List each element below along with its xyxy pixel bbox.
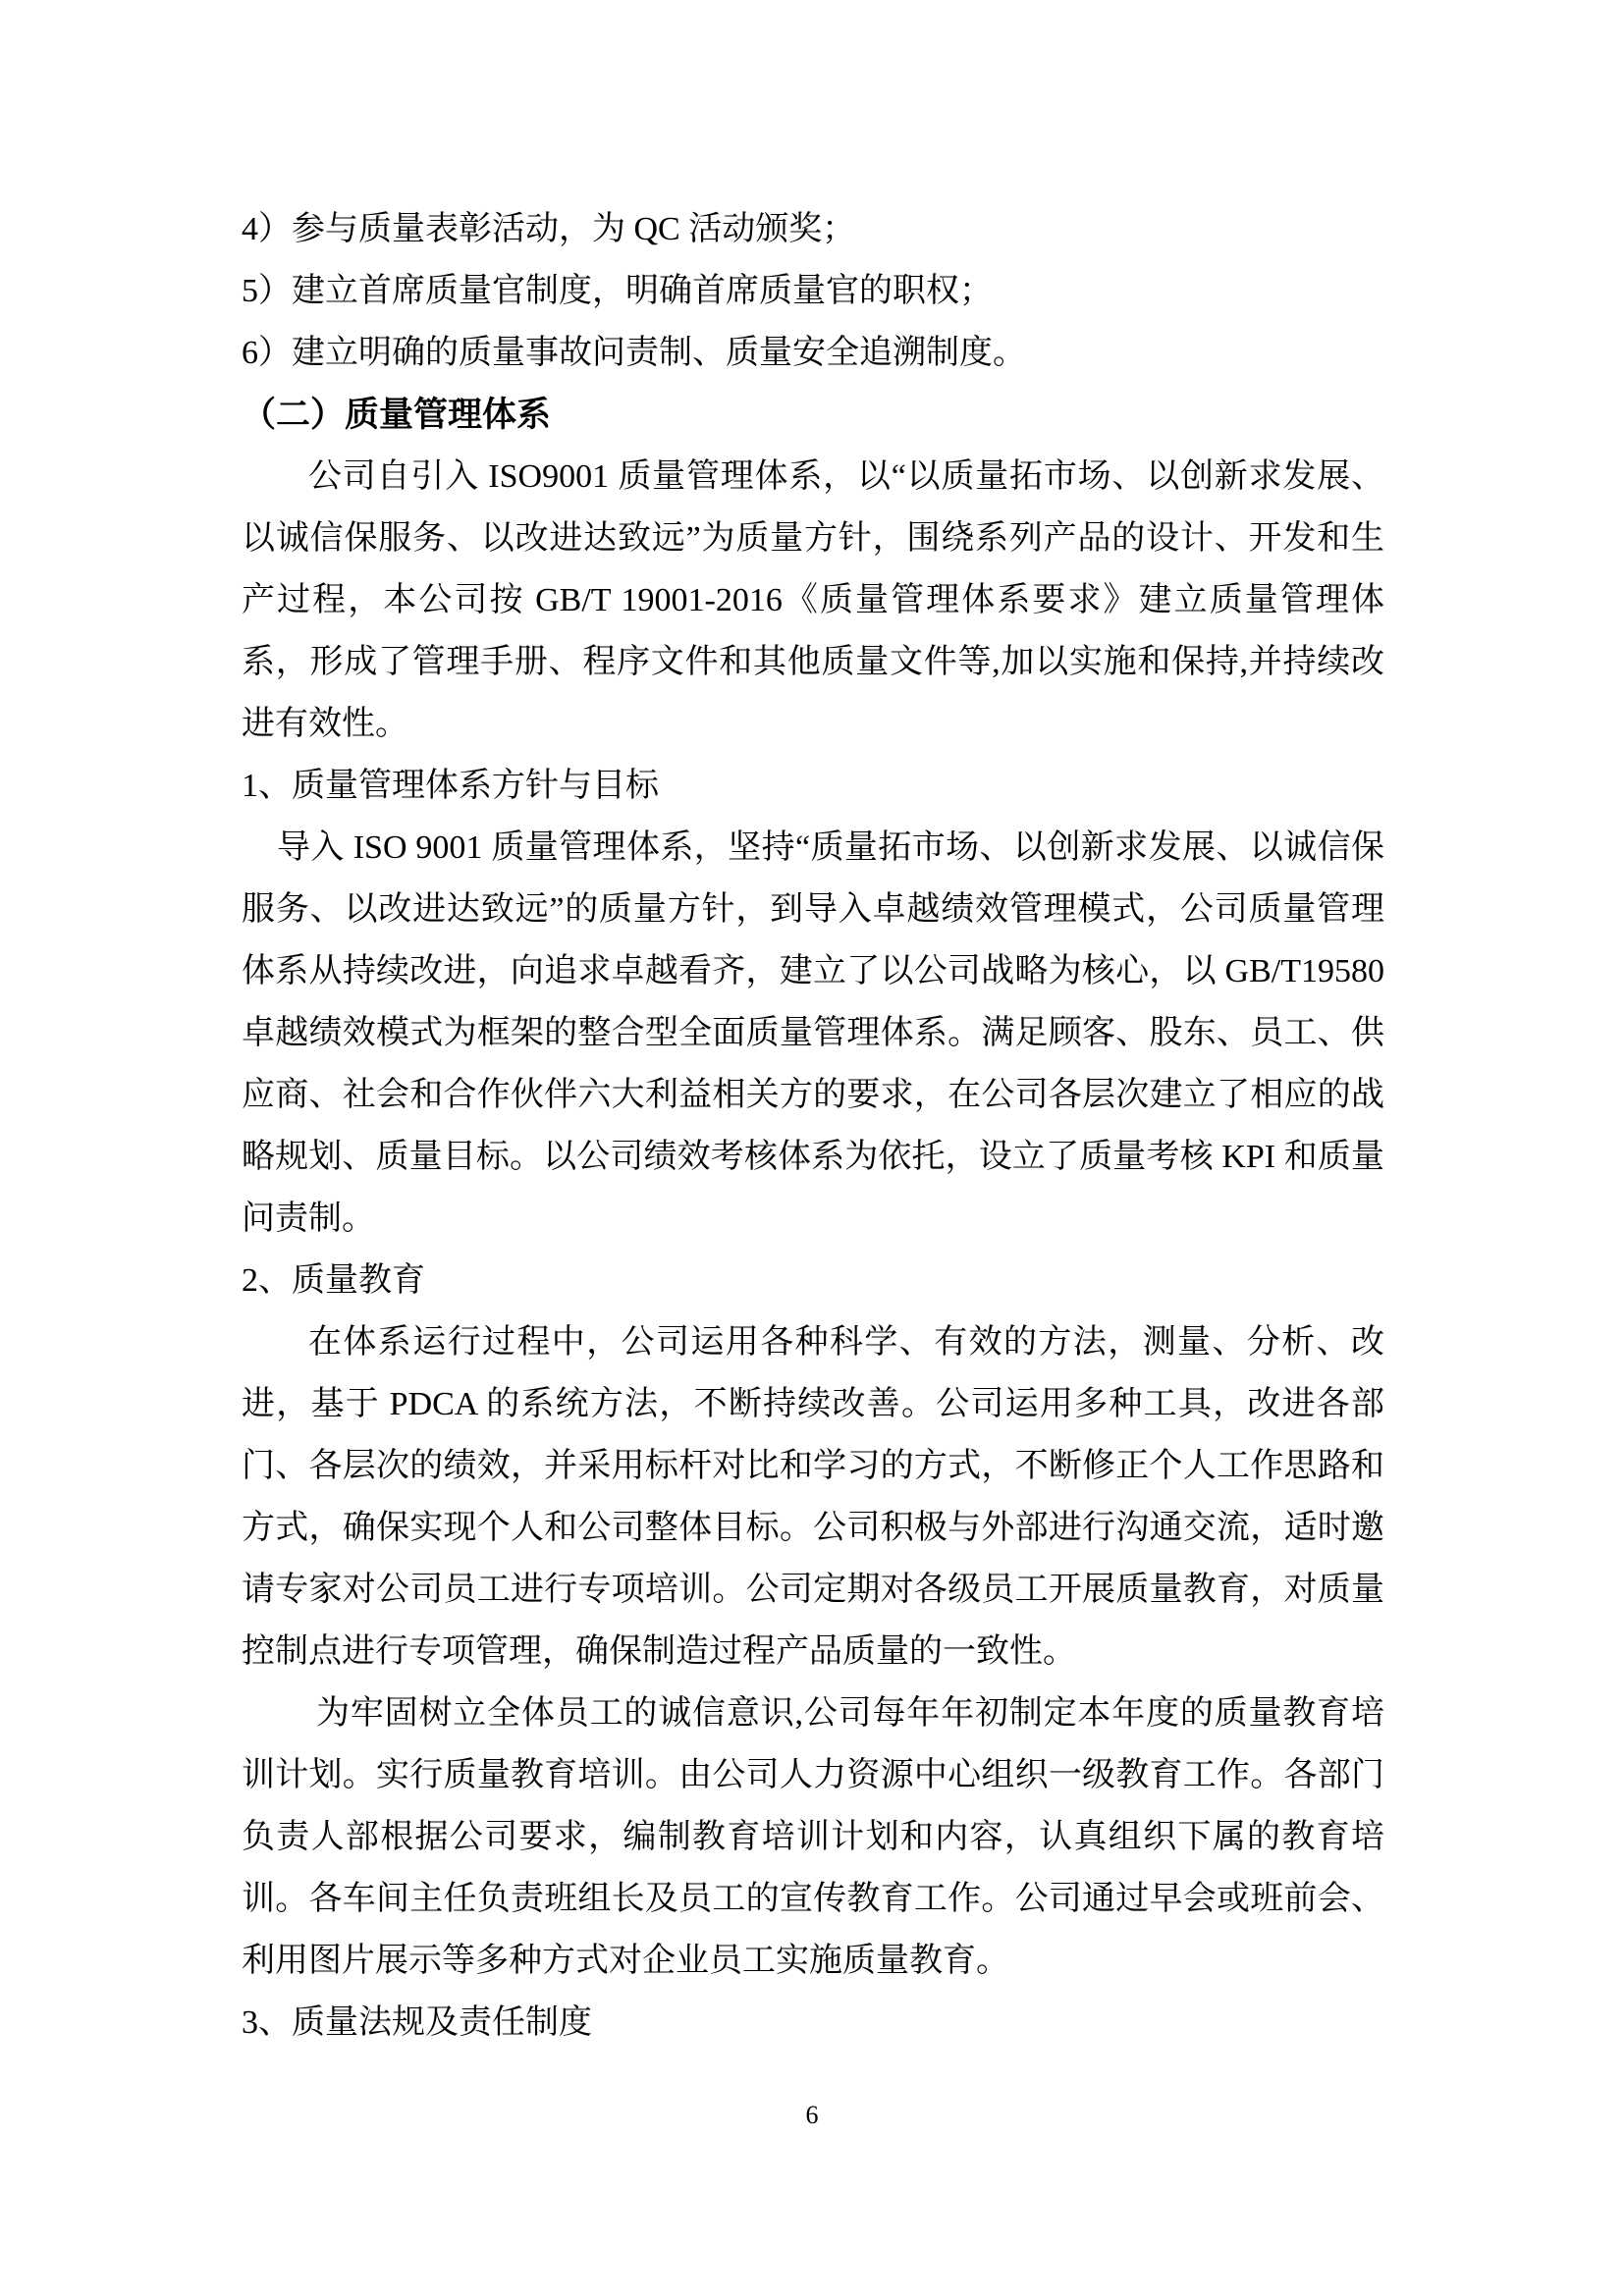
paragraph-training: 为牢固树立全体员工的诚信意识,公司每年年初制定本年度的质量教育培训计划。实行质量… [242, 1682, 1384, 1992]
section-heading: （二）质量管理体系 [242, 384, 1384, 446]
paragraph-education: 在体系运行过程中，公司运用各种科学、有效的方法，测量、分析、改进，基于 PDCA… [242, 1311, 1384, 1682]
paragraph-intro: 公司自引入 ISO9001 质量管理体系，以“以质量拓市场、以创新求发展、以诚信… [242, 446, 1384, 755]
subheading-1: 1、质量管理体系方针与目标 [242, 755, 1384, 817]
page-number: 6 [0, 2101, 1624, 2130]
subheading-2: 2、质量教育 [242, 1250, 1384, 1311]
list-item-4: 4）参与质量表彰活动，为 QC 活动颁奖； [242, 198, 1384, 260]
document-page: 4）参与质量表彰活动，为 QC 活动颁奖； 5）建立首席质量官制度，明确首席质量… [0, 0, 1624, 2296]
list-item-5: 5）建立首席质量官制度，明确首席质量官的职权； [242, 260, 1384, 322]
document-content: 4）参与质量表彰活动，为 QC 活动颁奖； 5）建立首席质量官制度，明确首席质量… [242, 198, 1384, 2054]
list-item-6: 6）建立明确的质量事故问责制、质量安全追溯制度。 [242, 322, 1384, 384]
paragraph-policy: 导入 ISO 9001 质量管理体系，坚持“质量拓市场、以创新求发展、以诚信保服… [242, 817, 1384, 1250]
subheading-3: 3、质量法规及责任制度 [242, 1992, 1384, 2054]
